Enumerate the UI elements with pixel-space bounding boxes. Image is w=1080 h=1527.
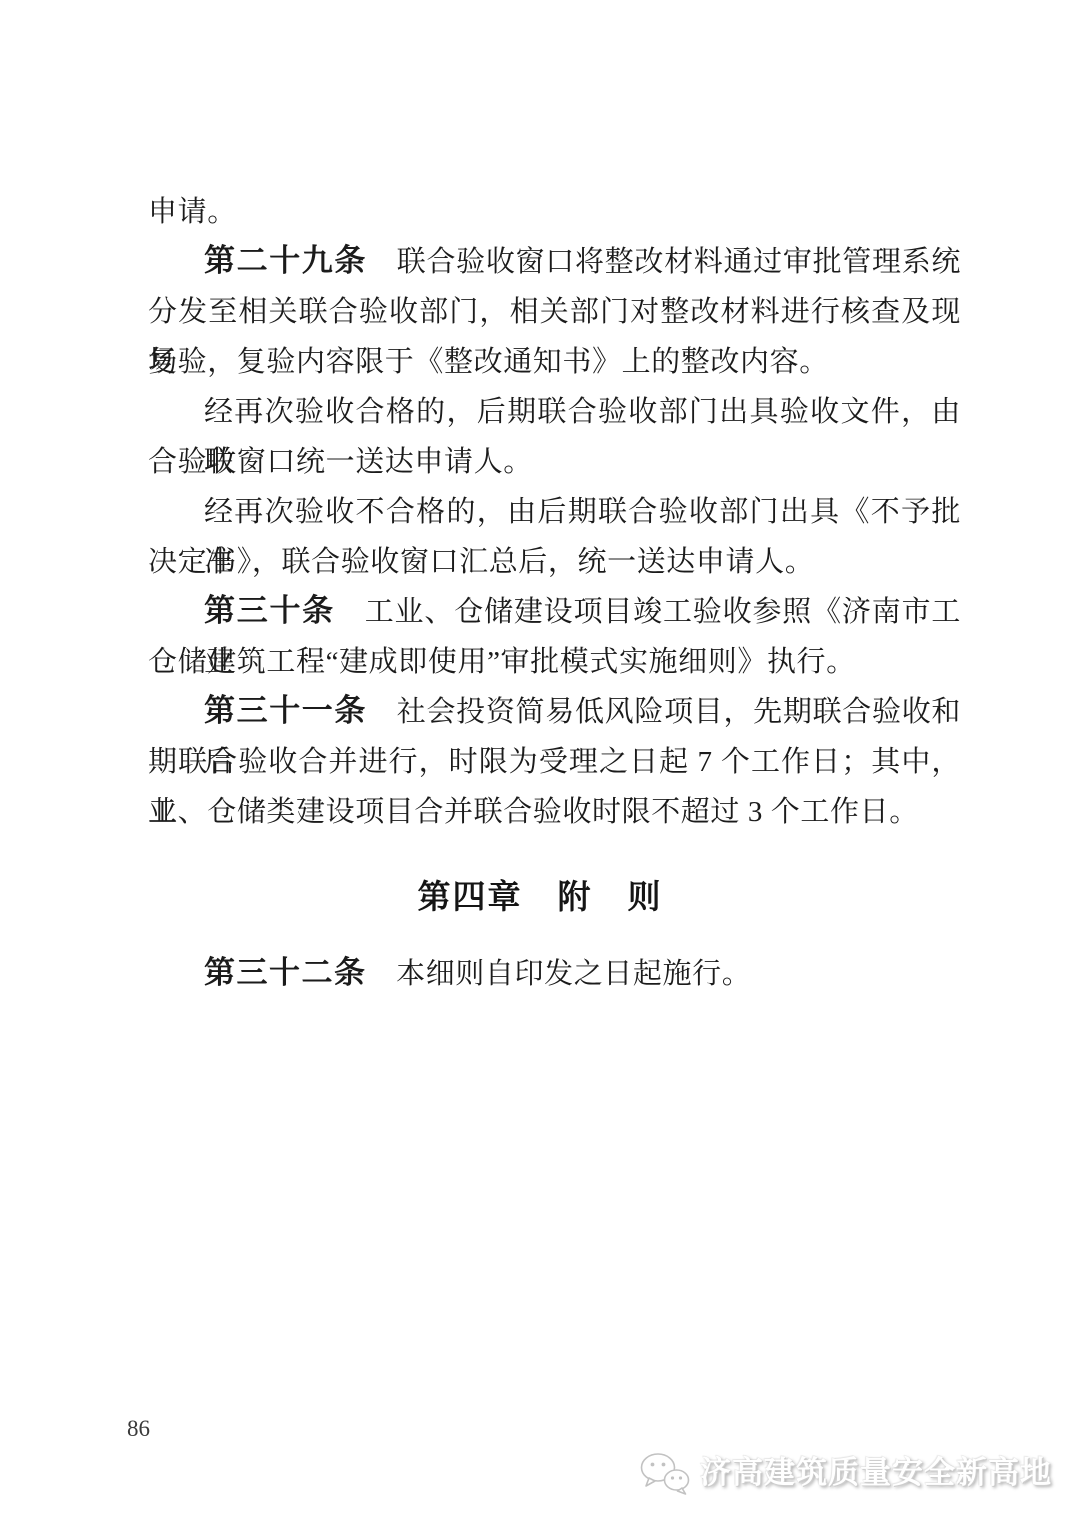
line-text: 联合验收窗口将整改材料通过审批管理系统 — [367, 246, 961, 278]
article-number: 第三十一条 — [204, 693, 367, 728]
article-number: 第二十九条 — [204, 243, 367, 278]
text-line: 申请。 — [148, 186, 961, 236]
text-line: 第三十二条 本细则自印发之日起施行。 — [148, 948, 961, 998]
text-line: 经再次验收不合格的，由后期联合验收部门出具《不予批准 — [148, 486, 961, 536]
text-line: 期联合验收合并进行，时限为受理之日起 7 个工作日；其中，工 — [148, 736, 961, 786]
line-text: 业、仓储类建设项目合并联合验收时限不超过 3 个工作日。 — [148, 796, 919, 828]
document-body-article-32: 第三十二条 本细则自印发之日起施行。 — [148, 948, 961, 998]
document-page: 申请。 第二十九条 联合验收窗口将整改材料通过审批管理系统 分发至相关联合验收部… — [0, 0, 1080, 1527]
text-line: 复验，复验内容限于《整改通知书》上的整改内容。 — [148, 336, 961, 386]
article-number: 第三十二条 — [204, 955, 367, 990]
watermark-text: 济高建筑质量安全新高地 — [700, 1451, 1052, 1495]
text-line: 第三十一条 社会投资简易低风险项目，先期联合验收和后 — [148, 686, 961, 736]
text-line: 分发至相关联合验收部门，相关部门对整改材料进行核查及现场 — [148, 286, 961, 336]
document-body: 申请。 第二十九条 联合验收窗口将整改材料通过审批管理系统 分发至相关联合验收部… — [148, 186, 961, 836]
article-number: 第三十条 — [204, 593, 335, 628]
text-line: 第二十九条 联合验收窗口将整改材料通过审批管理系统 — [148, 236, 961, 286]
wechat-icon — [639, 1451, 691, 1495]
text-line: 业、仓储类建设项目合并联合验收时限不超过 3 个工作日。 — [148, 786, 961, 836]
page-number: 86 — [127, 1414, 150, 1444]
text-line: 决定书》，联合验收窗口汇总后，统一送达申请人。 — [148, 536, 961, 586]
text-line: 第三十条 工业、仓储建设项目竣工验收参照《济南市工业 — [148, 586, 961, 636]
chapter-heading: 第四章 附 则 — [0, 872, 1080, 922]
line-text: 本细则自印发之日起施行。 — [367, 958, 752, 990]
text-line: 经再次验收合格的，后期联合验收部门出具验收文件，由联 — [148, 386, 961, 436]
line-text: 仓储建筑工程“建成即使用”审批模式实施细则》执行。 — [148, 646, 856, 678]
line-text: 申请。 — [148, 196, 237, 228]
text-line: 合验收窗口统一送达申请人。 — [148, 436, 961, 486]
line-text: 合验收窗口统一送达申请人。 — [148, 446, 533, 478]
line-text: 决定书》，联合验收窗口汇总后，统一送达申请人。 — [148, 546, 814, 578]
line-text: 复验，复验内容限于《整改通知书》上的整改内容。 — [148, 346, 829, 378]
text-line: 仓储建筑工程“建成即使用”审批模式实施细则》执行。 — [148, 636, 961, 686]
wechat-watermark: 济高建筑质量安全新高地 — [639, 1451, 1052, 1495]
